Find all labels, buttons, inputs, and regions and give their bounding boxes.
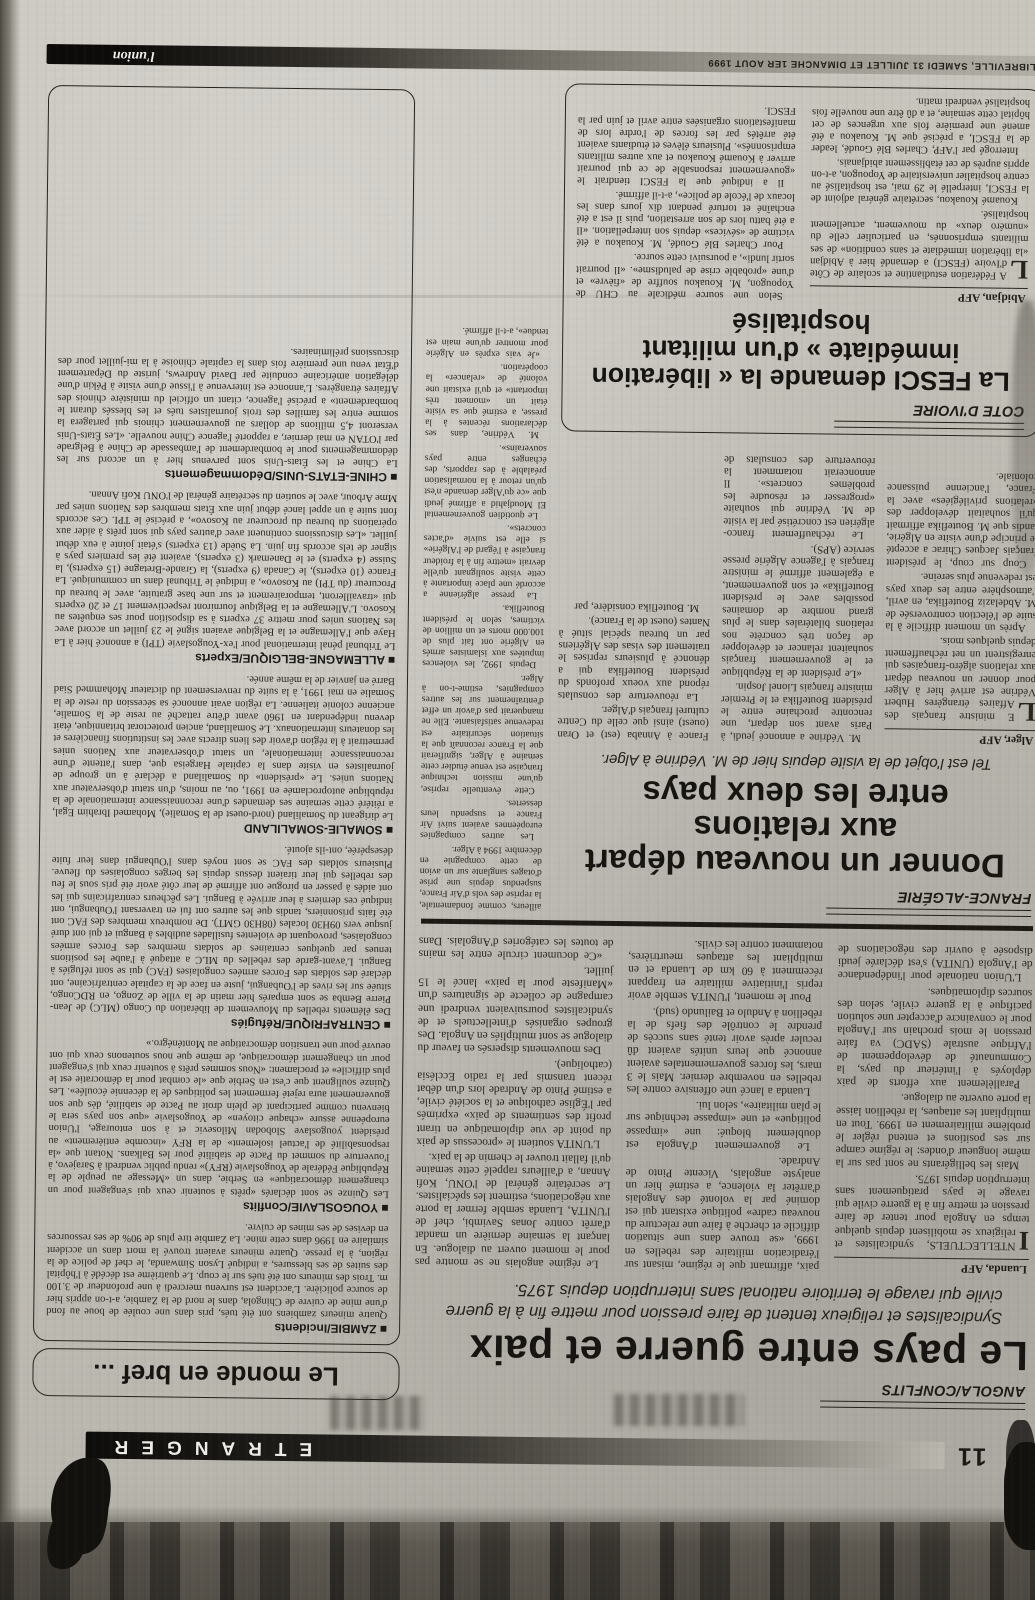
standfirst-angola: Syndicalistes et religieux tentent de fa…: [442, 1278, 1002, 1328]
body-paragraph: Mais les belligérants ne sont pas sur la…: [835, 1090, 1031, 1171]
article-france-algerie: FRANCE-ALGÉRIE Donner un nouveau départ …: [555, 440, 1035, 917]
body-france-algerie: Alger, AFP LE ministre français des Affa…: [557, 440, 1035, 746]
brief-text: Des éléments rebelles du Mouvement de li…: [50, 840, 393, 1016]
byline-france-algerie: Alger, AFP: [884, 728, 1035, 746]
brief-item: ■ CENTRAFRIQUE/RéfugiésDes éléments rebe…: [50, 840, 393, 1032]
body-angola: Luanda, AFP INTELLECTUELS, syndicalistes…: [415, 933, 1033, 1274]
body-paragraph: Il a indiqué que la FESCI tiendrait le «…: [577, 101, 796, 188]
body-paragraph: L'UNITA soutient le «processus de paix d…: [416, 1055, 612, 1149]
headline-cote-divoire: La FESCI demande la « libération immédia…: [575, 306, 1028, 396]
body-paragraph: M. Védrine a annoncé jeudi, à Paris avan…: [721, 680, 873, 744]
footer-brand: l'union: [113, 47, 155, 64]
brief-item: ■ YOUGOSLAVIE/ConflitsLes Quinze se sont…: [47, 1035, 390, 1215]
body-paragraph: Luanda a lancé une offensive contre les …: [627, 1004, 823, 1098]
ghost-smudge: [614, 1394, 744, 1426]
brief-tag: ■ YOUGOSLAVIE/Conflits: [47, 1197, 388, 1215]
body-paragraph: Le quotidien gouvernemental El Moudjahid…: [424, 440, 547, 520]
body-paragraph: La réouverture des consulats répond aux …: [558, 614, 710, 703]
body-paragraph: M. Védrine, dans ses déclarations récent…: [425, 360, 548, 440]
body-paragraph: Depuis 1992, les violences imputées aux …: [422, 601, 545, 670]
body-paragraph: Le gouvernement d'Angola est doublement …: [626, 1097, 821, 1152]
brief-text: Le Tribunal pénal international pour l'e…: [54, 487, 397, 651]
footer-date: LIBREVILLE, SAMEDI 31 JUILLET ET DIMANCH…: [708, 57, 1035, 72]
body-paragraph: Le régime angolais ne se montre pas pour…: [415, 1149, 611, 1269]
brief-item: ■ CHINE-ETATS-UNIS/DédommagementsLa Chin…: [56, 341, 399, 484]
paragraphs-strip: ailleurs, comme fondamentale, la reprise…: [419, 324, 548, 911]
briefs-list: ■ ZAMBIE/IncidentsQuatre mineurs zambien…: [46, 341, 399, 1336]
brief-tag: ■ CENTRAFRIQUE/Réfugiés: [50, 1014, 391, 1032]
kicker-cote-divoire: COTE D'IVOIRE: [574, 396, 1024, 429]
body-paragraph: Après un moment difficile à la suite de …: [885, 570, 1035, 634]
paper-crease: [0, 295, 1035, 298]
brief-item: ■ ZAMBIE/IncidentsQuatre mineurs zambien…: [46, 1218, 388, 1336]
scan-edge-shadow: [0, 0, 20, 1600]
body-paragraph: LE ministre français des Affaires étrang…: [884, 634, 1035, 723]
paragraphs-france-algerie: LE ministre français des Affaires étrang…: [557, 442, 1035, 744]
ink-smear: [1012, 300, 1035, 575]
brief-tag: ■ ALLEMAGNE-BELGIQUE/Experts: [54, 649, 395, 667]
headline-france-algerie: Donner un nouveau départ aux relations e…: [556, 774, 1035, 883]
body-paragraph: LA Fédération estudiantine et scolaire d…: [810, 206, 1029, 281]
body-paragraph: Des mouvements dispersés en faveur du di…: [417, 962, 613, 1056]
brief-text: La Chine et les États-Unis sont parvenus…: [57, 341, 399, 468]
body-paragraph: Selon une source médicale au CHU de Yopo…: [576, 250, 795, 301]
newspaper-sheet: 11 ETRANGER ANGOLA/CONFLITS Le pays entr…: [29, 42, 1035, 1484]
brief-item: ■ ALLEMAGNE-BELGIQUE/ExpertsLe Tribunal …: [54, 487, 397, 667]
body-paragraph: Pour le moment, l'UNITA semble avoir rep…: [628, 936, 823, 1004]
section-title: ETRANGER: [85, 1435, 312, 1460]
ink-blob: [1004, 1442, 1035, 1550]
kicker-rule: [826, 907, 1031, 917]
body-paragraph: ailleurs, comme fondamentale, la reprise…: [419, 842, 542, 911]
paragraphs-cote-divoire: LA Fédération estudiantine et scolaire d…: [576, 83, 1031, 301]
body-paragraph: Kouamé Kouakou, secrétaire général adjoi…: [811, 155, 1030, 206]
standfirst-france-algerie: Tel est l'objet de la visite depuis hier…: [557, 748, 1035, 774]
body-cote-divoire: Abidjan, AFP LA Fédération estudiantine …: [576, 83, 1031, 303]
paragraphs-angola: INTELLECTUELS, syndicalistes et religieu…: [415, 933, 1033, 1272]
body-paragraph: Interrogé par l'AFP, Charles Blé Goudé, …: [811, 93, 1030, 156]
article-cote-divoire: COTE D'IVOIRE La FESCI demande la « libé…: [561, 83, 1035, 437]
briefs-box: ■ ZAMBIE/IncidentsQuatre mineurs zambien…: [33, 85, 415, 1345]
briefs-panel: Le monde en bref ... ■ ZAMBIE/IncidentsQ…: [30, 64, 415, 1402]
body-paragraph: M. Bouteflika considère, par: [559, 600, 710, 614]
headline-angola: Le pays entre guerre et paix: [414, 1327, 1028, 1376]
byline-angola: Luanda, AFP: [834, 1256, 1029, 1274]
body-paragraph: Les autres compagnies européennes avaien…: [420, 795, 543, 841]
ghost-smudge: [330, 1396, 426, 1430]
brief-tag: ■ ZAMBIE/Incidents: [46, 1318, 387, 1336]
brief-text: Quatre mineurs zambiens ont été tués, pr…: [46, 1218, 388, 1320]
body-paragraph: «Je vais exprès en Algérie pour montrer …: [426, 324, 548, 359]
body-paragraph: La presse algérienne a accordé une place…: [423, 520, 546, 600]
article-divider: [421, 918, 1033, 930]
body-paragraph: Parallèlement aux efforts de paix déploy…: [836, 983, 1032, 1090]
brief-text: Les Quinze se sont déclarés «prêts à sou…: [48, 1035, 391, 1199]
kicker-france-algerie: FRANCE-ALGÉRIE: [555, 883, 1031, 917]
kicker-rule: [834, 421, 1024, 430]
page-number: 11: [956, 1442, 987, 1471]
section-banner: ETRANGER: [85, 1432, 944, 1469]
scan-noise-band: [0, 1522, 1035, 1600]
article-angola: ANGOLA/CONFLITS Le pays entre guerre et …: [413, 933, 1033, 1410]
strip-column: ailleurs, comme fondamentale, la reprise…: [419, 233, 549, 910]
body-paragraph: Pour Charles Blé Goudé, M. Kouakou a été…: [576, 188, 795, 251]
body-paragraph: INTELLECTUELS, syndicalistes et religieu…: [834, 1171, 1030, 1252]
brief-text: Le dirigeant du Somaliland (nord-ouest d…: [52, 670, 395, 822]
briefs-title: Le monde en bref ...: [32, 1348, 400, 1400]
body-paragraph: Cette éventuelle reprise, qu'une mission…: [421, 670, 544, 795]
brief-tag: ■ CHINE-ETATS-UNIS/Dédommagements: [56, 466, 397, 484]
brief-tag: ■ SOMALIE-SOMALILAND: [52, 819, 393, 837]
body-paragraph: «Le président de la République et le gou…: [721, 541, 874, 679]
brief-item: ■ SOMALIE-SOMALILANDLe dirigeant du Soma…: [52, 670, 395, 838]
